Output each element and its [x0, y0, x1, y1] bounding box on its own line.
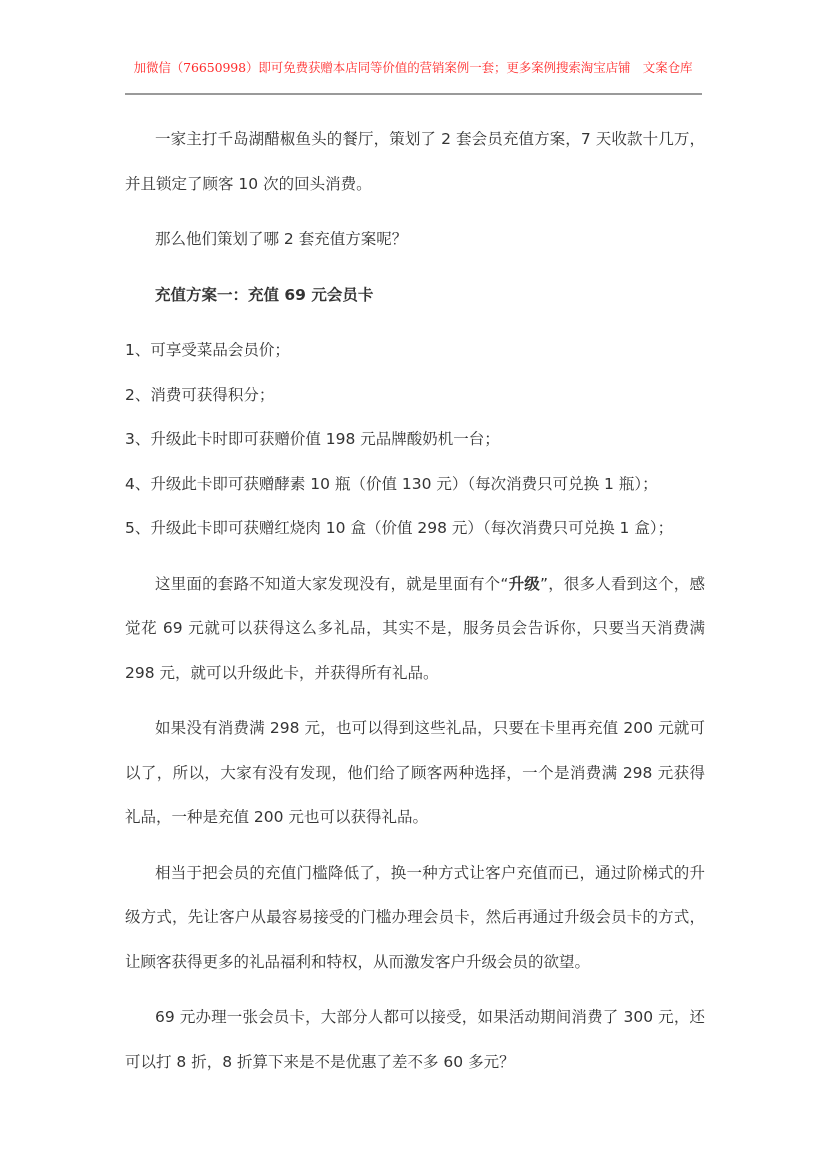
plan1-item-4: 4、升级此卡即可获赠酵素 10 瓶（价值 130 元）（每次消费只可兑换 1 瓶… [125, 462, 705, 507]
threshold-paragraph: 相当于把会员的充值门槛降低了，换一种方式让客户充值而已，通过阶梯式的升级方式，先… [125, 851, 705, 985]
question-paragraph: 那么他们策划了哪 2 套充值方案呢？ [125, 217, 705, 262]
upgrade-emphasis: 升级 [508, 575, 540, 593]
promo-header: 加微信（76650998）即可免费获赠本店同等价值的营销案例一套；更多案例搜索淘… [125, 58, 701, 76]
recharge-paragraph: 如果没有消费满 298 元，也可以得到这些礼品，只要在卡里再充值 200 元就可… [125, 706, 705, 840]
header-divider [125, 93, 702, 95]
plan1-item-2: 2、消费可获得积分； [125, 373, 705, 418]
plan1-item-1: 1、可享受菜品会员价； [125, 328, 705, 373]
plan1-item-3: 3、升级此卡时即可获赠价值 198 元品牌酸奶机一台； [125, 417, 705, 462]
intro-paragraph: 一家主打千岛湖醋椒鱼头的餐厅，策划了 2 套会员充值方案，7 天收款十几万，并且… [125, 117, 705, 206]
plan1-title: 充值方案一：充值 69 元会员卡 [125, 273, 705, 318]
upgrade-text-before: 这里面的套路不知道大家发现没有，就是里面有个“ [155, 575, 508, 593]
plan1-item-5: 5、升级此卡即可获赠红烧肉 10 盒（价值 298 元）（每次消费只可兑换 1 … [125, 506, 705, 551]
document-body: 一家主打千岛湖醋椒鱼头的餐厅，策划了 2 套会员充值方案，7 天收款十几万，并且… [125, 117, 705, 1084]
discount-paragraph: 69 元办理一张会员卡，大部分人都可以接受，如果活动期间消费了 300 元，还可… [125, 995, 705, 1084]
upgrade-paragraph: 这里面的套路不知道大家发现没有，就是里面有个“升级”，很多人看到这个，感觉花 6… [125, 562, 705, 696]
